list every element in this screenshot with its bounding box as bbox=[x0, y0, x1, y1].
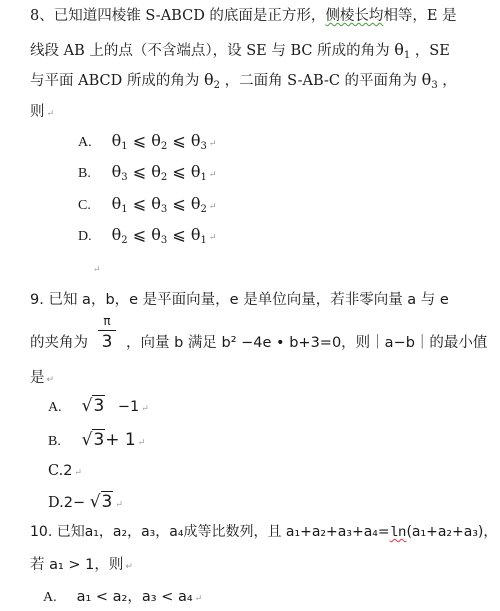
q8-text: ， bbox=[442, 73, 457, 89]
option-label: D. bbox=[78, 227, 107, 247]
option-label: D. bbox=[48, 495, 64, 511]
sqrt-3: √3 bbox=[90, 491, 114, 512]
q8-text: 则 bbox=[30, 104, 45, 120]
q8-text: 8、已知道四棱锥 S-ABCD 的底面是正方形， bbox=[30, 8, 325, 24]
theta-3: θ3 bbox=[422, 70, 438, 89]
option-expr: + 1 bbox=[105, 430, 135, 450]
theta-2: θ2 bbox=[204, 70, 220, 89]
option-expr: θ3 ⩽ θ2 ⩽ θ1 bbox=[112, 162, 207, 181]
fraction-bar bbox=[98, 330, 116, 331]
q8-text: 线段 AB 上的点（不含端点），设 SE 与 BC 所成的角为 bbox=[30, 43, 390, 59]
q9-line-1: 9. 已知 a，b，e 是平面向量，e 是单位向量，若非零向量 a 与 e bbox=[30, 290, 449, 310]
q8-line-2: 线段 AB 上的点（不含端点），设 SE 与 BC 所成的角为 θ1 ，SE bbox=[30, 40, 450, 66]
q8-text: ，SE bbox=[415, 43, 450, 59]
option-label: A. bbox=[43, 588, 72, 608]
q10-text: 10. 已知 bbox=[30, 524, 85, 540]
q9-text: 是 bbox=[30, 370, 45, 386]
q9-text: 的夹角为 bbox=[30, 335, 88, 351]
q8-option-a[interactable]: A. θ1 ⩽ θ2 ⩽ θ3↵ bbox=[78, 131, 216, 157]
q8-option-c[interactable]: C. θ1 ⩽ θ3 ⩽ θ2↵ bbox=[78, 194, 216, 220]
q8-option-b[interactable]: B. θ3 ⩽ θ2 ⩽ θ1↵ bbox=[78, 162, 216, 188]
paragraph-mark-icon: ↵ bbox=[209, 233, 217, 243]
theta-1: θ1 bbox=[394, 40, 410, 59]
q9-line-2b: ，向量 b 满足 b² −4e • b+3=0，则｜a−b｜的最小值 bbox=[126, 333, 487, 353]
q10-text: a₁，a₂，a₃，a₄成等比数列，且 a₁+a₂+a₃+a₄= bbox=[85, 524, 390, 540]
paragraph-mark-icon: ↵ bbox=[141, 404, 149, 414]
q8-text: 与平面 ABCD 所成的角为 bbox=[30, 73, 199, 89]
option-expr: −1 bbox=[118, 399, 139, 415]
q9-option-a[interactable]: A. √3 −1↵ bbox=[48, 396, 149, 419]
q8-line-4: 则↵ bbox=[30, 102, 54, 124]
paragraph-mark-icon: ↵ bbox=[125, 562, 133, 572]
paragraph-mark-icon: ↵ bbox=[209, 170, 217, 180]
option-label: A. bbox=[78, 133, 107, 153]
option-expr: θ2 ⩽ θ3 ⩽ θ1 bbox=[112, 225, 207, 244]
fraction-denominator: 3 bbox=[96, 333, 118, 351]
q8-option-d[interactable]: D. θ2 ⩽ θ3 ⩽ θ1↵ bbox=[78, 225, 216, 251]
q9-line-2a: 的夹角为 bbox=[30, 333, 88, 353]
q9-line-3: 是↵ bbox=[30, 368, 54, 390]
q8-line-3: 与平面 ABCD 所成的角为 θ2 ，二面角 S-AB-C 的平面角为 θ3 ， bbox=[30, 70, 457, 96]
sqrt-3: √3 bbox=[82, 395, 106, 416]
q10-line-2: 若 a₁ > 1，则↵ bbox=[30, 555, 133, 577]
q9-text: 9. 已知 a，b，e 是平面向量，e 是单位向量，若非零向量 a 与 e bbox=[30, 292, 449, 308]
fraction-pi-over-3: π 3 bbox=[96, 314, 118, 351]
option-label: B. bbox=[78, 164, 107, 184]
paragraph-mark-icon: ↵ bbox=[115, 500, 123, 510]
option-expr: 2− bbox=[64, 495, 85, 511]
option-label: C. bbox=[48, 463, 63, 479]
q9-option-d[interactable]: D.2− √3↵ bbox=[48, 492, 123, 515]
paragraph-mark-icon: ↵ bbox=[138, 438, 146, 448]
grammar-flag: 侧棱长均 bbox=[325, 8, 383, 24]
q8-line-1: 8、已知道四棱锥 S-ABCD 的底面是正方形，侧棱长均相等，E 是 bbox=[30, 6, 457, 26]
option-label: C. bbox=[78, 196, 107, 216]
paragraph-mark-icon: ↵ bbox=[209, 202, 217, 212]
q10-text: 若 a₁ > 1，则 bbox=[30, 557, 123, 573]
spelling-flag: ln bbox=[390, 525, 407, 541]
paragraph-mark-icon: ↵ bbox=[209, 139, 217, 149]
option-expr: a₁ < a₂，a₃ < a₄ bbox=[77, 589, 193, 605]
option-label: B. bbox=[48, 432, 77, 452]
option-expr: θ1 ⩽ θ3 ⩽ θ2 bbox=[112, 194, 207, 213]
fraction-numerator: π bbox=[96, 314, 118, 328]
q10-text: (a₁+a₂+a₃)， bbox=[406, 524, 497, 540]
q9-option-b[interactable]: B. √3+ 1↵ bbox=[48, 430, 145, 453]
option-expr: 2 bbox=[63, 463, 72, 479]
option-expr: θ1 ⩽ θ2 ⩽ θ3 bbox=[112, 131, 207, 150]
sqrt-3: √3 bbox=[82, 429, 106, 450]
empty-paragraph: ↵ bbox=[91, 258, 101, 280]
q9-option-c[interactable]: C.2↵ bbox=[48, 461, 82, 483]
paragraph-mark-icon: ↵ bbox=[195, 594, 203, 604]
q8-text: 相等，E 是 bbox=[383, 8, 456, 24]
q10-option-a[interactable]: A. a₁ < a₂，a₃ < a₄↵ bbox=[43, 587, 202, 609]
paragraph-mark-icon: ↵ bbox=[47, 109, 55, 119]
q9-text: ，向量 b 满足 b² −4e • b+3=0，则｜a−b｜的最小值 bbox=[126, 335, 487, 351]
q10-line-1: 10. 已知a₁，a₂，a₃，a₄成等比数列，且 a₁+a₂+a₃+a₄=ln(… bbox=[30, 522, 497, 543]
option-label: A. bbox=[48, 398, 77, 418]
paragraph-mark-icon: ↵ bbox=[74, 468, 82, 478]
q8-text: ，二面角 S-AB-C 的平面角为 bbox=[225, 73, 417, 89]
paragraph-mark-icon: ↵ bbox=[93, 265, 101, 275]
paragraph-mark-icon: ↵ bbox=[47, 375, 55, 385]
